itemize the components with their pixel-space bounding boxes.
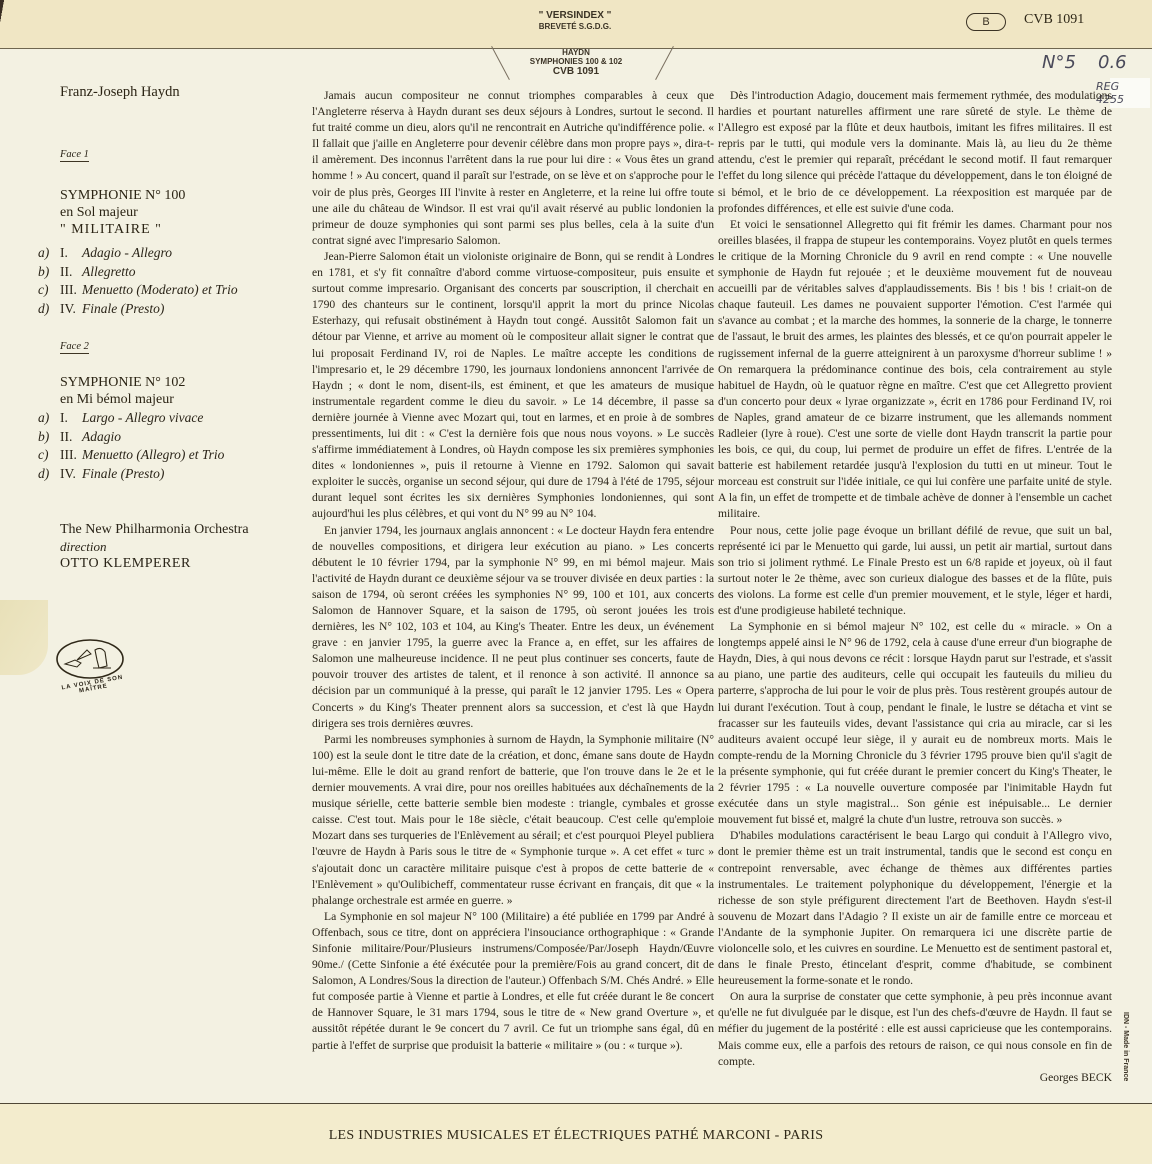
notes-paragraph: Et voici le sensationnel Allegretto qui …: [718, 217, 1112, 523]
movement-item: a)I.Adagio - Allegro: [60, 244, 310, 263]
face-2-label: Face 2: [60, 341, 89, 354]
author-signature: Georges BECK: [718, 1070, 1112, 1086]
catalog-number: CVB 1091: [1024, 12, 1084, 28]
movement-item: d)IV.Finale (Presto): [60, 465, 310, 484]
versindex-label: " VERSINDEX " BREVETÉ S.G.D.G.: [490, 10, 660, 32]
movement-item: b)II.Allegretto: [60, 263, 310, 282]
his-masters-voice-logo-icon: [55, 638, 125, 680]
versindex-subtitle: BREVETÉ S.G.D.G.: [490, 21, 660, 32]
face-1-movements: a)I.Adagio - Allegro b)II.Allegretto c)I…: [60, 244, 310, 318]
notes-paragraph: La Symphonie en sol majeur N° 100 (Milit…: [312, 909, 714, 1054]
symphony-100-heading: SYMPHONIE N° 100 en Sol majeur " MILITAI…: [60, 187, 310, 238]
handwritten-note: N°5: [1042, 52, 1076, 73]
tab-edge-right: [655, 46, 674, 80]
performer-credits: The New Philharmonia Orchestra direction…: [60, 521, 310, 572]
notes-paragraph: Dès l'introduction Adagio, doucement mai…: [718, 88, 1112, 217]
composer-name: Franz-Joseph Haydn: [60, 84, 310, 101]
movement-item: a)I.Largo - Allegro vivace: [60, 409, 310, 428]
tracklist: Franz-Joseph Haydn Face 1 SYMPHONIE N° 1…: [60, 84, 310, 572]
handwritten-note: 0.6: [1098, 52, 1127, 73]
notes-paragraph: D'habiles modulations caractérisent le b…: [718, 828, 1112, 989]
symphony-102-heading: SYMPHONIE N° 102 en Mi bémol majeur: [60, 374, 310, 408]
notes-paragraph: La Symphonie en si bémol majeur N° 102, …: [718, 619, 1112, 828]
liner-notes-column-2: Dès l'introduction Adagio, doucement mai…: [718, 88, 1112, 1086]
movement-item: c)III.Menuetto (Allegro) et Trio: [60, 446, 310, 465]
notes-paragraph: Pour nous, cette jolie page évoque un br…: [718, 523, 1112, 620]
direction-label: direction: [60, 538, 310, 555]
index-tab: HAYDN SYMPHONIES 100 & 102 CVB 1091: [496, 48, 656, 82]
notes-paragraph: Jamais aucun compositeur ne connut triom…: [312, 88, 714, 249]
conductor-name: OTTO KLEMPERER: [60, 555, 310, 572]
liner-notes-column-1: Jamais aucun compositeur ne connut triom…: [312, 88, 714, 1054]
face-2-movements: a)I.Largo - Allegro vivace b)II.Adagio c…: [60, 409, 310, 483]
versindex-title: " VERSINDEX ": [490, 10, 660, 21]
face-1-label: Face 1: [60, 149, 89, 162]
made-in-france-label: IDN - Made in France: [1122, 1012, 1129, 1081]
movement-item: c)III.Menuetto (Moderato) et Trio: [60, 281, 310, 300]
fold-stain: [0, 600, 48, 675]
tab-catalog: CVB 1091: [496, 66, 656, 77]
notes-paragraph: Jean-Pierre Salomon était un violoniste …: [312, 249, 714, 523]
notes-paragraph: Parmi les nombreuses symphonies à surnom…: [312, 732, 714, 909]
side-badge: B: [966, 13, 1006, 31]
notes-paragraph: En janvier 1794, les journaux anglais an…: [312, 523, 714, 732]
publisher-footer: LES INDUSTRIES MUSICALES ET ÉLECTRIQUES …: [0, 1128, 1152, 1144]
tab-composer: HAYDN: [496, 48, 656, 57]
notes-paragraph: On aura la surprise de constater que cet…: [718, 989, 1112, 1069]
movement-item: b)II.Adagio: [60, 428, 310, 447]
orchestra-name: The New Philharmonia Orchestra: [60, 521, 310, 538]
tab-title: SYMPHONIES 100 & 102: [496, 57, 656, 66]
movement-item: d)IV.Finale (Presto): [60, 300, 310, 319]
